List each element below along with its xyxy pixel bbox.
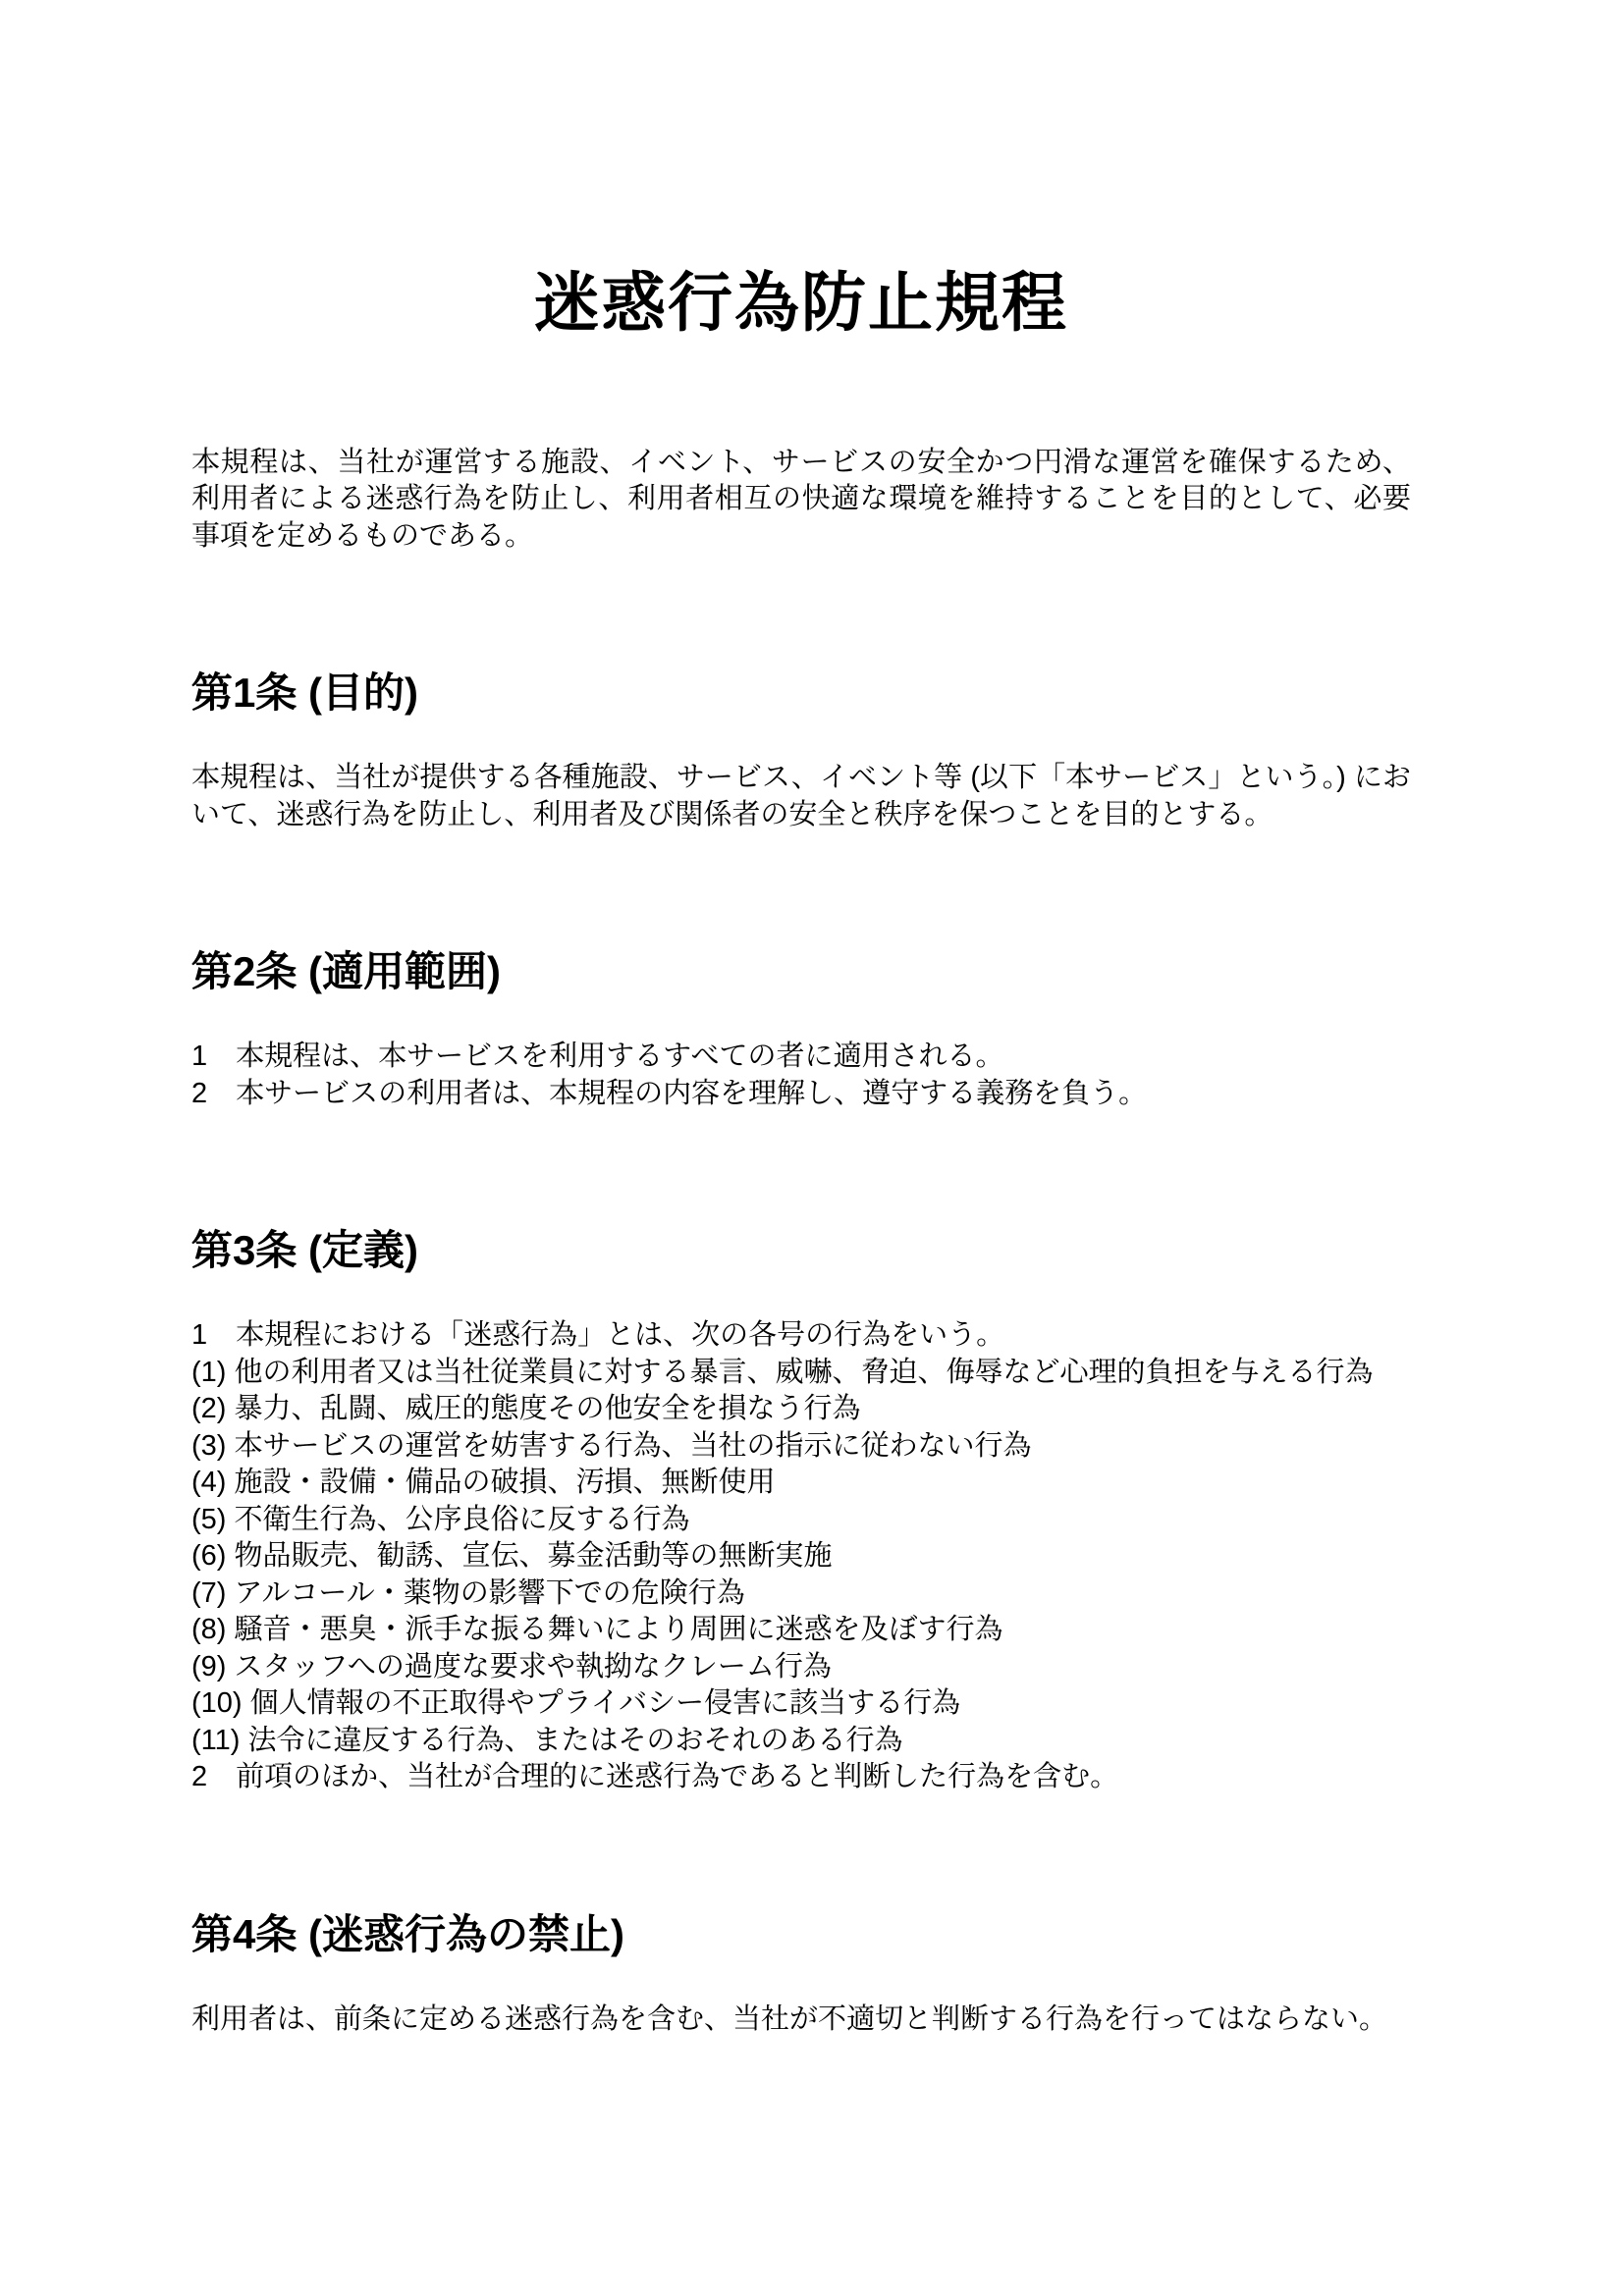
clause-item: (4) 施設・設備・備品の破損、汚損、無断使用: [191, 1465, 1411, 1502]
article-2-clause-list: 1 本規程は、本サービスを利用するすべての者に適用される。 2 本サービスの利用…: [191, 1039, 1411, 1112]
document-page: 迷惑行為防止規程 本規程は、当社が運営する施設、イベント、サービスの安全かつ円滑…: [0, 0, 1624, 2296]
clause-item: (10) 個人情報の不正取得やプライバシー侵害に該当する行為: [191, 1685, 1411, 1723]
clause-item: (9) スタッフへの過度な要求や執拗なクレーム行為: [191, 1649, 1411, 1686]
clause-item: (2) 暴力、乱闘、威圧的態度その他安全を損なう行為: [191, 1391, 1411, 1428]
clause-item: (3) 本サービスの運営を妨害する行為、当社の指示に従わない行為: [191, 1428, 1411, 1466]
clause-item: (7) アルコール・薬物の影響下での危険行為: [191, 1575, 1411, 1613]
intro-paragraph: 本規程は、当社が運営する施設、イベント、サービスの安全かつ円滑な運営を確保するた…: [191, 445, 1411, 556]
article-4-heading: 第4条 (迷惑行為の禁止): [191, 1912, 1411, 1957]
section-article-1: 第1条 (目的) 本規程は、当社が提供する各種施設、サービス、イベント等 (以下…: [191, 670, 1411, 833]
clause-item: (1) 他の利用者又は当社従業員に対する暴言、威嚇、脅迫、侮辱など心理的負担を与…: [191, 1355, 1411, 1392]
section-article-3: 第3条 (定義) 1 本規程における「迷惑行為」とは、次の各号の行為をいう。 (…: [191, 1228, 1411, 1796]
article-1-heading: 第1条 (目的): [191, 670, 1411, 716]
article-3-heading: 第3条 (定義): [191, 1228, 1411, 1273]
clause-item: (11) 法令に違反する行為、またはそのおそれのある行為: [191, 1723, 1411, 1760]
clause-item: (8) 騒音・悪臭・派手な振る舞いにより周囲に迷惑を及ぼす行為: [191, 1612, 1411, 1649]
article-3-clause-list: 1 本規程における「迷惑行為」とは、次の各号の行為をいう。 (1) 他の利用者又…: [191, 1317, 1411, 1796]
clause-item: 2 本サービスの利用者は、本規程の内容を理解し、遵守する義務を負う。: [191, 1076, 1411, 1113]
document-title: 迷惑行為防止規程: [191, 267, 1411, 339]
article-4-body: 利用者は、前条に定める迷惑行為を含む、当社が不適切と判断する行為を行ってはならな…: [191, 2002, 1411, 2039]
section-article-4: 第4条 (迷惑行為の禁止) 利用者は、前条に定める迷惑行為を含む、当社が不適切と…: [191, 1912, 1411, 2039]
clause-item: 2 前項のほか、当社が合理的に迷惑行為であると判断した行為を含む。: [191, 1759, 1411, 1796]
clause-item: 1 本規程は、本サービスを利用するすべての者に適用される。: [191, 1039, 1411, 1076]
clause-item: (5) 不衛生行為、公序良俗に反する行為: [191, 1502, 1411, 1539]
article-2-heading: 第2条 (適用範囲): [191, 949, 1411, 994]
clause-item: 1 本規程における「迷惑行為」とは、次の各号の行為をいう。: [191, 1317, 1411, 1355]
clause-item: (6) 物品販売、勧誘、宣伝、募金活動等の無断実施: [191, 1538, 1411, 1575]
section-article-2: 第2条 (適用範囲) 1 本規程は、本サービスを利用するすべての者に適用される。…: [191, 949, 1411, 1112]
article-1-body: 本規程は、当社が提供する各種施設、サービス、イベント等 (以下「本サービス」とい…: [191, 760, 1411, 833]
